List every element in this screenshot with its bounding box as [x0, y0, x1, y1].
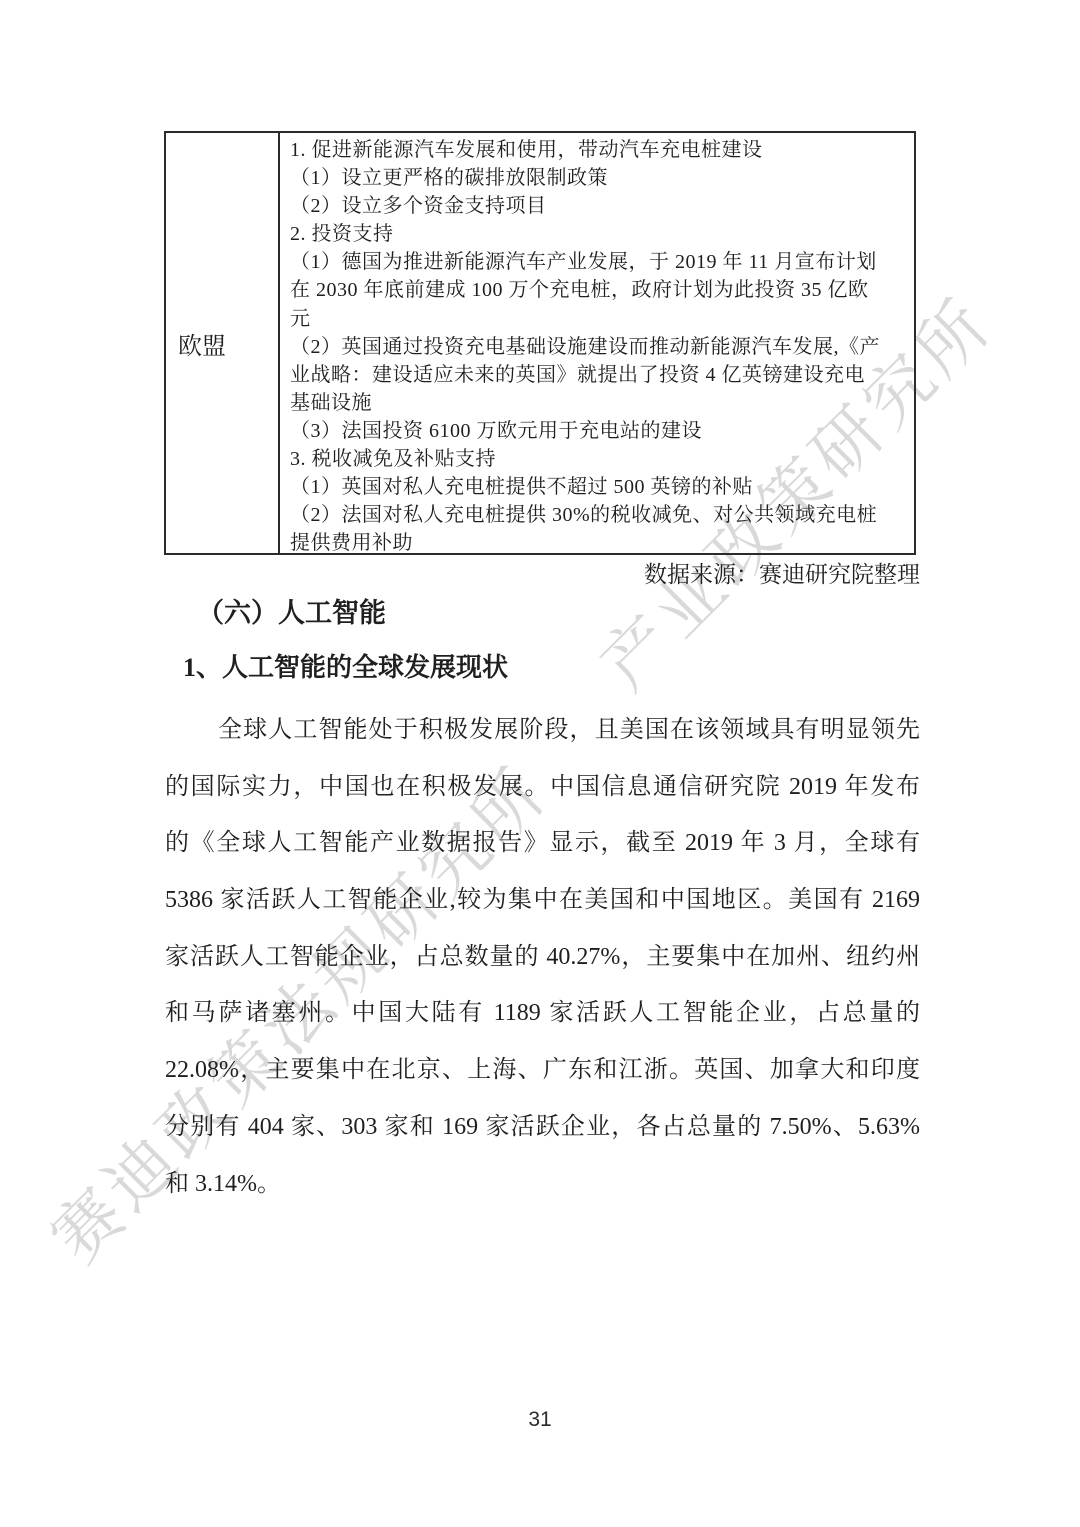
paragraph-line: 和 3.14%。: [165, 1156, 920, 1213]
paragraph-line: 的国际实力，中国也在积极发展。中国信息通信研究院 2019 年发布: [165, 759, 920, 816]
table-line: 业战略：建设适应未来的英国》就提出了投资 4 亿英镑建设充电: [290, 361, 908, 389]
paragraph-line: 分别有 404 家、303 家和 169 家活跃企业，各占总量的 7.50%、5…: [165, 1099, 920, 1156]
table-line: （1）英国对私人充电桩提供不超过 500 英镑的补贴: [290, 473, 908, 501]
page-number: 31: [0, 1408, 1080, 1432]
table-line: （1）设立更严格的碳排放限制政策: [290, 164, 908, 192]
paragraph-line: 的《全球人工智能产业数据报告》显示，截至 2019 年 3 月，全球有: [165, 815, 920, 872]
table-line: 提供费用补助: [290, 529, 908, 553]
table-line: 基础设施: [290, 389, 908, 417]
table-content-cell: 1. 促进新能源汽车发展和使用，带动汽车充电桩建设 （1）设立更严格的碳排放限制…: [280, 133, 914, 553]
table-line: 在 2030 年底前建成 100 万个充电桩，政府计划为此投资 35 亿欧: [290, 276, 908, 304]
section-heading: （六）人工智能: [165, 595, 920, 631]
table-line: （3）法国投资 6100 万欧元用于充电站的建设: [290, 417, 908, 445]
table-line: （2）设立多个资金支持项目: [290, 192, 908, 220]
table-line: （1）德国为推进新能源汽车产业发展，于 2019 年 11 月宣布计划: [290, 248, 908, 276]
table-line: 2. 投资支持: [290, 220, 908, 248]
table-line: （2）法国对私人充电桩提供 30%的税收减免、对公共领域充电桩: [290, 501, 908, 529]
paragraph-line: 22.08%，主要集中在北京、上海、广东和江浙。英国、加拿大和印度: [165, 1042, 920, 1099]
table-line: （2）英国通过投资充电基础设施建设而推动新能源汽车发展,《产: [290, 333, 908, 361]
paragraph-line: 家活跃人工智能企业，占总数量的 40.27%，主要集中在加州、纽约州: [165, 929, 920, 986]
table-line: 1. 促进新能源汽车发展和使用，带动汽车充电桩建设: [290, 136, 908, 164]
table-line: 元: [290, 305, 908, 333]
table-row-label: 欧盟: [166, 133, 280, 553]
paragraph-line: 5386 家活跃人工智能企业,较为集中在美国和中国地区。美国有 2169: [165, 872, 920, 929]
paragraph-line: 全球人工智能处于积极发展阶段，且美国在该领域具有明显领先: [165, 702, 920, 759]
table-line: 3. 税收减免及补贴支持: [290, 445, 908, 473]
policy-table: 欧盟 1. 促进新能源汽车发展和使用，带动汽车充电桩建设 （1）设立更严格的碳排…: [164, 131, 916, 555]
body-paragraph: 全球人工智能处于积极发展阶段，且美国在该领域具有明显领先 的国际实力，中国也在积…: [165, 702, 920, 1212]
paragraph-line: 和马萨诸塞州。中国大陆有 1189 家活跃人工智能企业，占总量的: [165, 985, 920, 1042]
data-source-note: 数据来源：赛迪研究院整理: [165, 560, 920, 590]
subsection-heading: 1、人工智能的全球发展现状: [165, 650, 920, 686]
document-page: 赛迪政策法规研究所 产业政策研究所 欧盟 1. 促进新能源汽车发展和使用，带动汽…: [0, 0, 1080, 1527]
